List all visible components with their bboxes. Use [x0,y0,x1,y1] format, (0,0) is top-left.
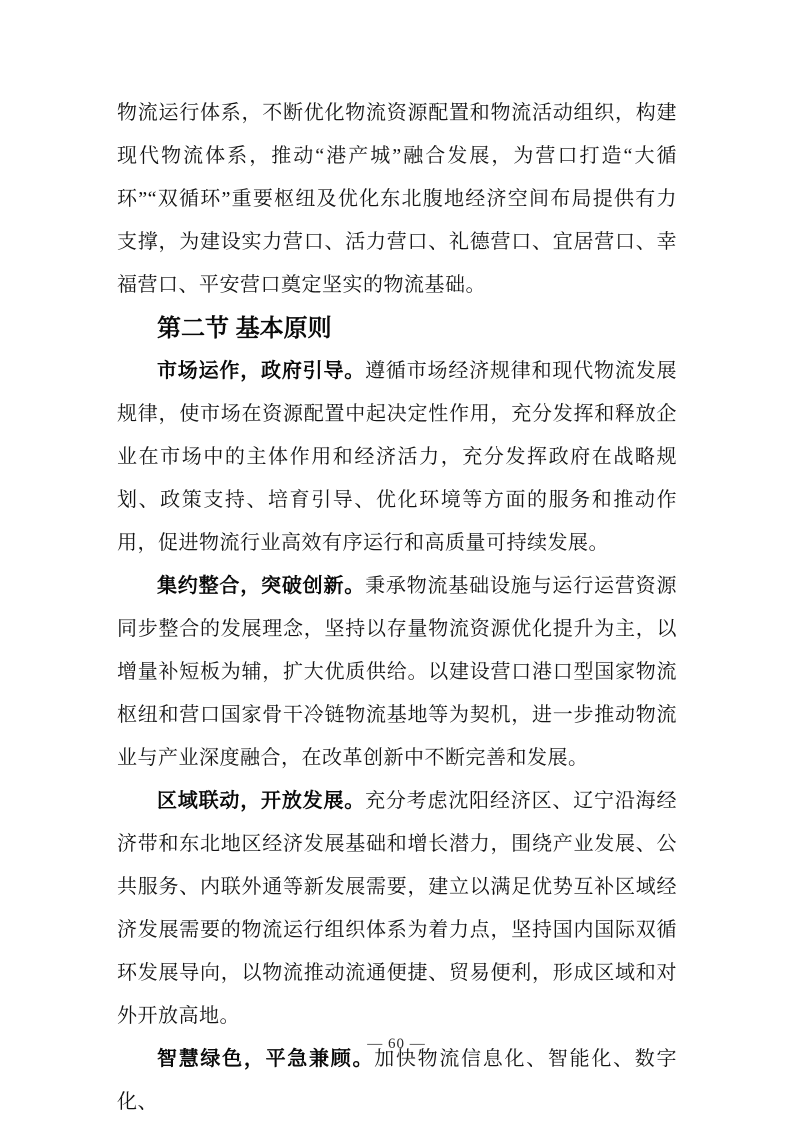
page-footer: — 60 — [0,1033,793,1055]
page-number: — 60 — [367,1036,426,1052]
principle-paragraph: 市场运作，政府引导。遵循市场经济规律和现代物流发展规律，使市场在资源配置中起决定… [117,350,677,565]
principle-text: 充分考虑沈阳经济区、辽宁沿海经济带和东北地区经济发展基础和增长潜力，围绕产业发展… [117,790,677,1027]
principle-paragraph: 集约整合，突破创新。秉承物流基础设施与运行运营资源同步整合的发展理念，坚持以存量… [117,565,677,780]
page-content: 物流运行体系，不断优化物流资源配置和物流活动组织，构建现代物流体系，推动“港产城… [117,92,677,1122]
paragraph-continuation: 物流运行体系，不断优化物流资源配置和物流活动组织，构建现代物流体系，推动“港产城… [117,92,677,307]
principle-lead: 市场运作，政府引导。 [157,360,365,382]
document-page: 物流运行体系，不断优化物流资源配置和物流活动组织，构建现代物流体系，推动“港产城… [0,0,793,1122]
principle-text: 遵循市场经济规律和现代物流发展规律，使市场在资源配置中起决定性作用，充分发挥和释… [117,360,677,554]
principle-lead: 区域联动，开放发展。 [157,790,365,812]
principle-paragraph: 区域联动，开放发展。充分考虑沈阳经济区、辽宁沿海经济带和东北地区经济发展基础和增… [117,780,677,1038]
principle-text: 秉承物流基础设施与运行运营资源同步整合的发展理念，坚持以存量物流资源优化提升为主… [117,575,677,769]
principle-lead: 集约整合，突破创新。 [157,575,365,597]
section-heading: 第二节 基本原则 [117,307,677,350]
